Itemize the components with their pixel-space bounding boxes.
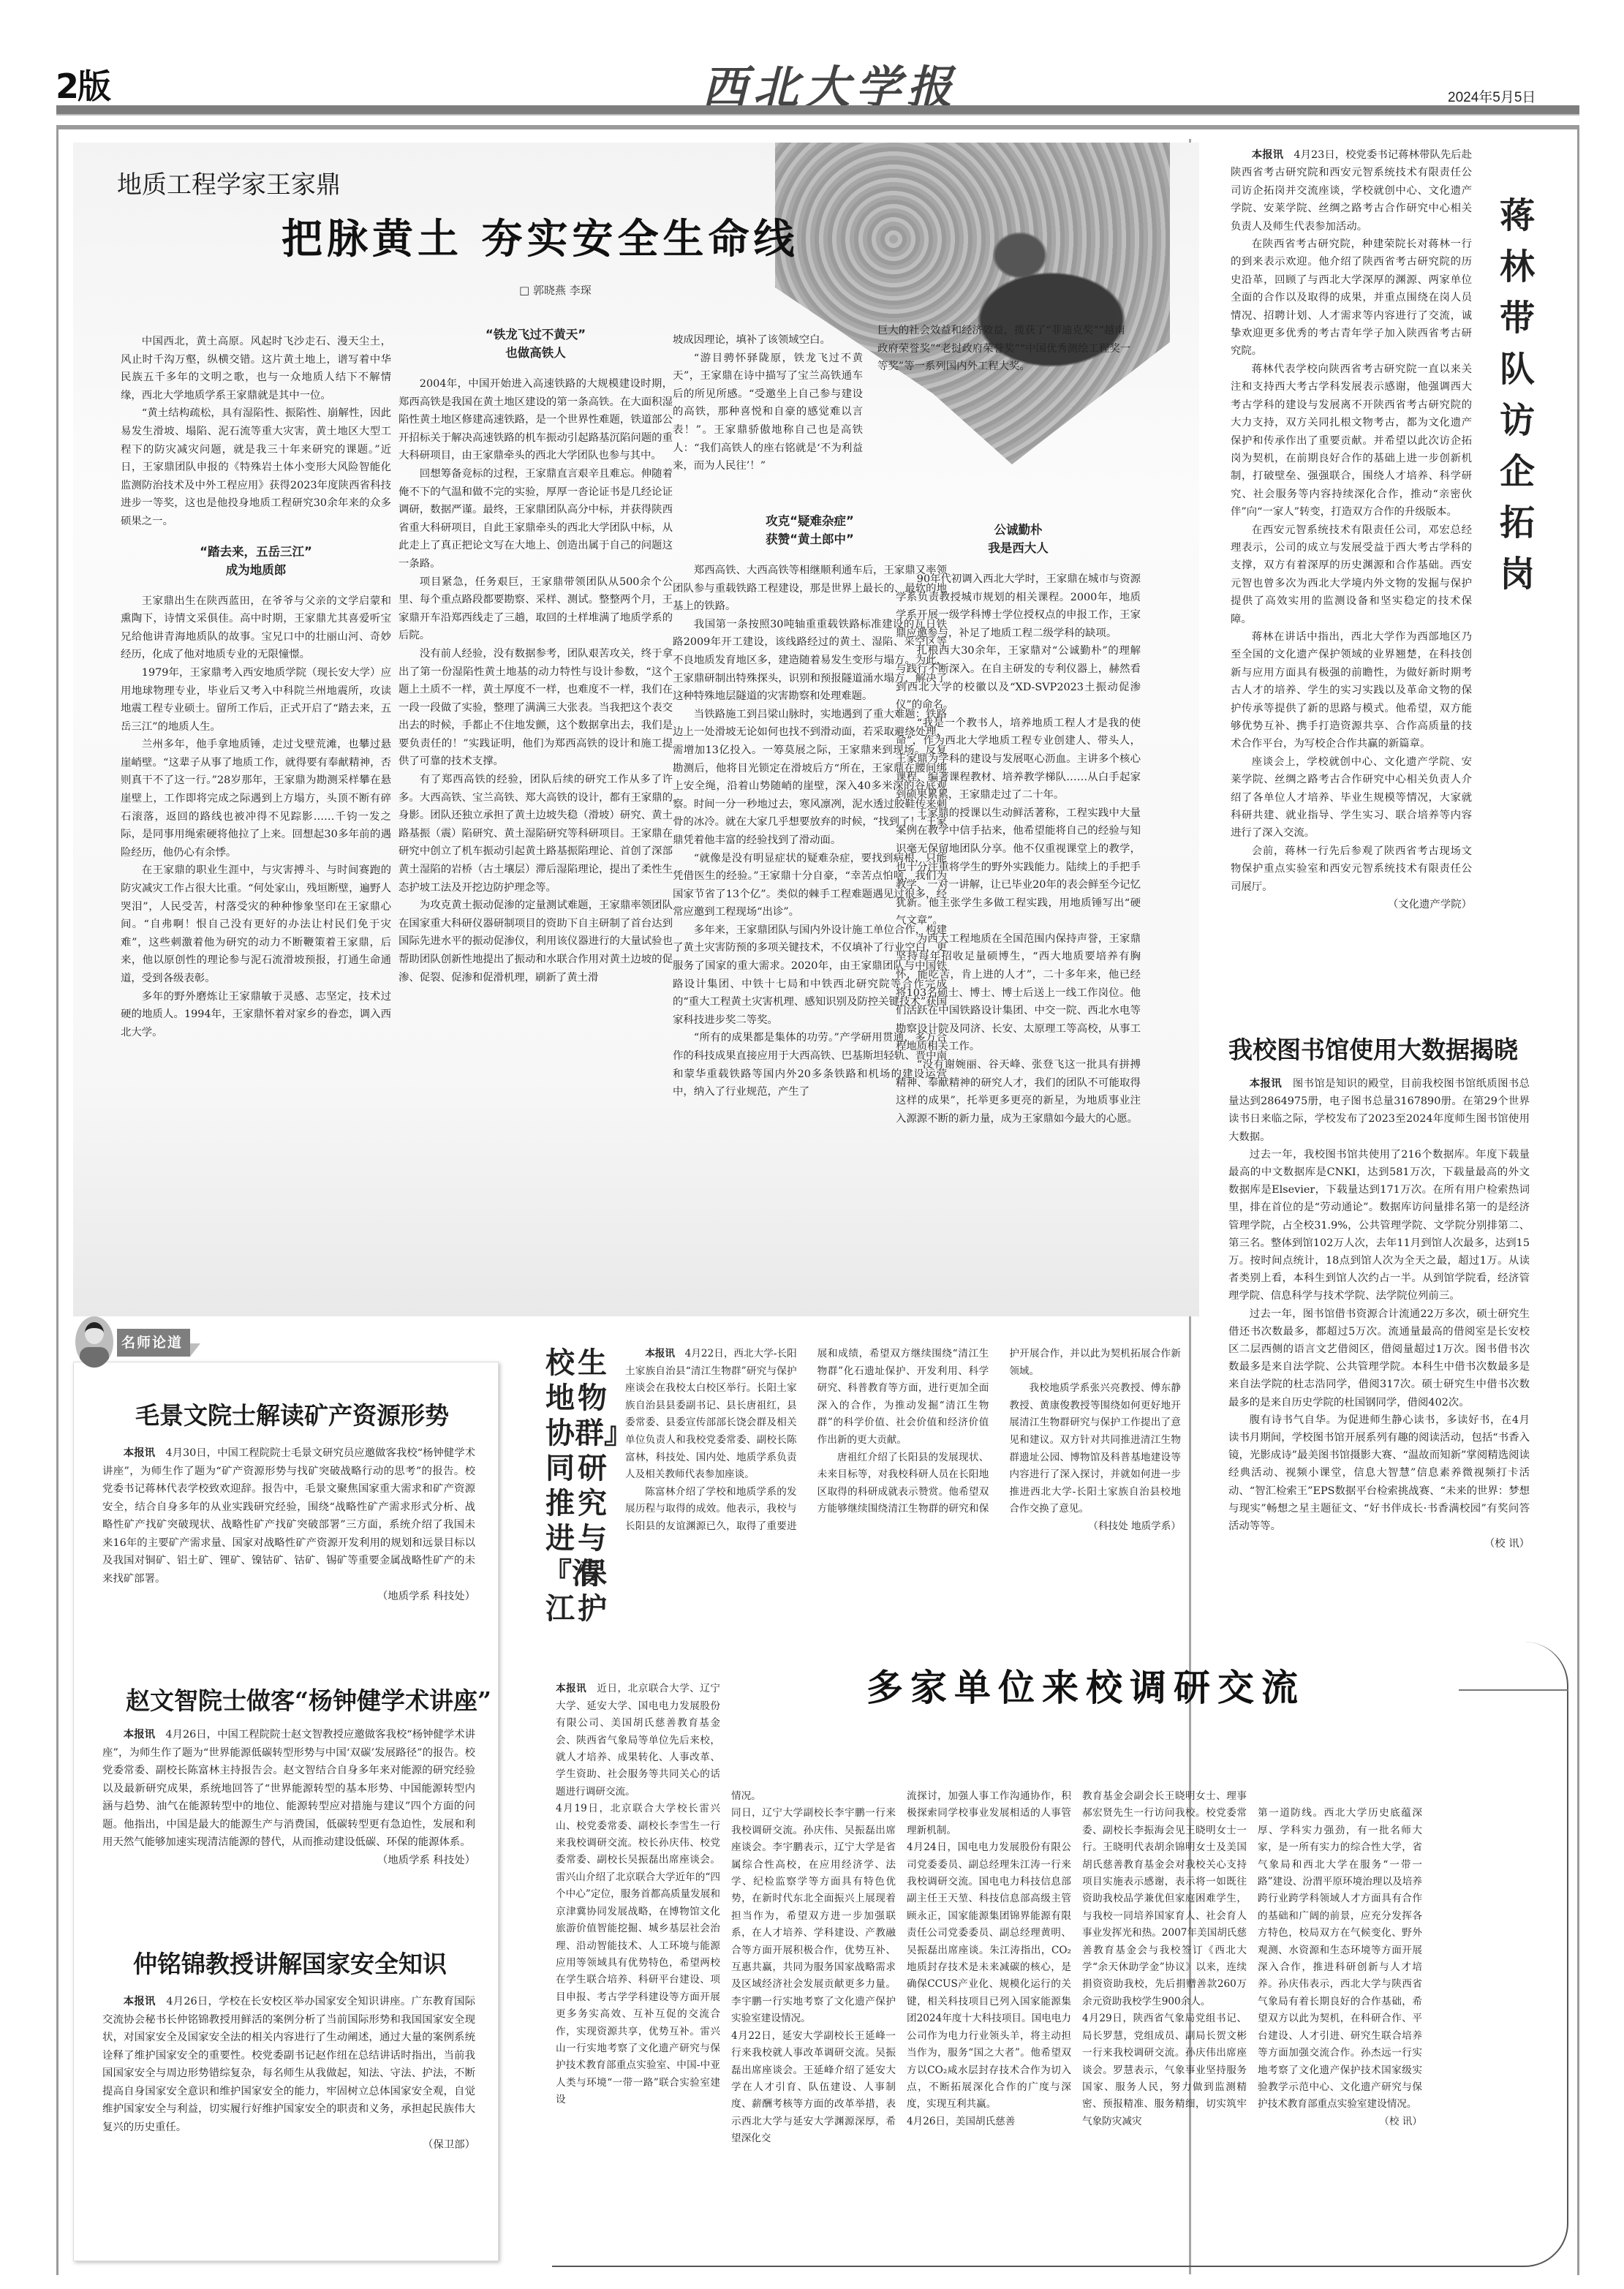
paragraph: 腹有诗书气自华。为促进师生静心读书，多读好书，在4月读书月期间，学校图书馆开展系… — [1228, 1411, 1530, 1535]
feature-column-4: 公诚勤朴 我是西大人 90年代初调入西北大学时，王家鼎在城市与资源学系负责教授城… — [896, 521, 1141, 1128]
header-rule — [56, 105, 1579, 114]
paragraph: “我是一个教书人，培养地质工程人才是我的使命”，作为西北大学地质工程专业创建人、… — [896, 714, 1141, 804]
paragraph: 有了郑西高铁的经验，团队后续的研究工作从多了许多。大西高铁、宝兰高铁、郑大高铁的… — [399, 771, 673, 897]
section-tag: 名师论道 — [117, 1329, 190, 1357]
article-body: 本报讯 4月26日，学校在长安校区举办国家安全知识讲座。广东教育国际交流协会秘书… — [102, 1993, 475, 2154]
lead-label: 本报讯 — [556, 1683, 586, 1694]
subheading: “铁龙飞过不黄天” 也做高铁人 — [399, 325, 673, 362]
frame-right-border — [1577, 125, 1579, 2275]
article-headline: 毛景文院士解读矿产资源形势 — [135, 1397, 449, 1431]
article-source: （文化遗产学院） — [1231, 896, 1472, 913]
lead-label: 本报讯 — [124, 1447, 155, 1459]
article-source: （校 讯） — [1379, 2113, 1422, 2130]
paragraph: 我校地质学系张兴亮教授、傅东静教授、黄康俊教授等围绕如何更好地开展清江生物群研究… — [1009, 1380, 1181, 1518]
article-headline: 仲铭锦教授讲解国家安全知识 — [133, 1945, 447, 1980]
paragraph: 2004年，中国开始进入高速铁路的大规模建设时期，郑西高铁是我国在黄土地区建设的… — [399, 375, 673, 465]
paragraph: 本报讯 图书馆是知识的殿堂，目前我校图书馆纸质图书总量达到2864975册，电子… — [1228, 1075, 1530, 1146]
publication-date: 2024年5月5日 — [1448, 86, 1536, 106]
paragraph: 蒋林在讲话中指出，西北大学作为西部地区乃至全国的文化遗产保护领域的业界翘楚，在科… — [1231, 628, 1472, 753]
paragraph: “游目骋怀驿陇原，铁龙飞过不黄天”，王家鼎在诗中描写了宝兰高铁通车后的所见所感。… — [673, 350, 863, 475]
feature-headline: 把脉黄土 夯实安全生命线 — [282, 207, 799, 265]
headline-rule — [1459, 1689, 1568, 1691]
vertical-headline-line-1: 校地协同推进『清江 — [543, 1346, 578, 1626]
paragraph: 座谈会上，学校就创中心、文化遗产学院、安莱学院、丝绸之路考古合作研究中心相关负责… — [1231, 753, 1472, 842]
article-source: （校 讯） — [1228, 1535, 1530, 1553]
visits-column-5: 第一道防线。西北大学历史底蕴深厚、学科实力强劲，有一批名师大家，是一所有实力的综… — [1258, 1788, 1422, 2130]
frame-left-border — [56, 125, 58, 2275]
feature-kicker: 地质工程学家王家鼎 — [117, 165, 341, 200]
paragraph: 王家鼎的授课以生动鲜活著称，工程实践中大量案例在教学中信手拈来，他希望能将自己的… — [896, 804, 1141, 930]
paragraph: 为攻克黄土振动促渗的定量测试难题，王家鼎率领团队在国家重大科研仪器研制项目的资助… — [399, 897, 673, 987]
article-source: （科技处 地质学系） — [1009, 1518, 1181, 1536]
paragraph: 1979年，王家鼎考入西安地质学院（现长安大学）应用地球物理专业，毕业后又考入中… — [121, 664, 391, 736]
library-article-body: 本报讯 图书馆是知识的殿堂，目前我校图书馆纸质图书总量达到2864975册，电子… — [1228, 1075, 1530, 1553]
visits-column-1: 本报讯 近日，北京联合大学、辽宁大学、延安大学、国电电力发展股份有限公司、美国胡… — [556, 1664, 720, 2109]
paragraph: “没有谢婉丽、谷天峰、张登飞这一批具有拼搏精神、奉献精神的研究人才，我们的团队不… — [896, 1056, 1141, 1128]
photo-caption: 巨大的社会效益和经济效益，揽获了“菲迪克奖”“越南政府荣誉奖”“老挝政府荣誉奖”… — [877, 322, 1133, 376]
paragraph: 本报讯 4月30日，中国工程院院士毛景文研究员应邀做客我校“杨钟健学术讲座”，为… — [102, 1444, 475, 1588]
paragraph: 蒋林代表学校向陕西省考古研究院一直以来关注和支持西大考古学科发展表示感谢，他强调… — [1231, 361, 1472, 521]
paragraph: 90年代初调入西北大学时，王家鼎在城市与资源学系负责教授城市规划的相关课程。20… — [896, 570, 1141, 642]
header-rule-thin — [56, 114, 1579, 116]
lead-label: 本报讯 — [645, 1348, 675, 1360]
visits-column-4: 教育基金会副会长王晓明女士、理事郝宏贤先生一行访问我校。校党委常委、副校长李振海… — [1082, 1788, 1247, 2130]
paragraph: 在王家鼎的职业生涯中，与灾害搏斗、与时间赛跑的防灾减灾工作占很大比重。“何处家山… — [121, 861, 391, 987]
tag-fold-decoration — [190, 1343, 200, 1357]
feature-column-3: 坡成因理论，填补了该领域空白。 “游目骋怀驿陇原，铁龙飞过不黄天”，王家鼎在诗中… — [673, 331, 863, 475]
visits-column-3: 流探讨，加强人事工作沟通协作，积极探索同学校事业发展相适的人事管理新机制。 4月… — [907, 1788, 1071, 2130]
paragraph: 在西安元智系统技术有限责任公司，邓宏总经理表示，公司的成立与发展受益于西大考古学… — [1231, 521, 1472, 628]
paragraph: 本报讯 4月23日，校党委书记蒋林带队先后赴陕西省考古研究院和西安元智系统技术有… — [1231, 146, 1472, 235]
paragraph: 扎根西大30余年，王家鼎对“公诚勤朴”的理解与践行不断深入。在自主研发的专利仪器… — [896, 642, 1141, 714]
library-headline: 我校图书馆使用大数据揭晓 — [1228, 1031, 1518, 1066]
paragraph: 项目紧急，任务艰巨，王家鼎带领团队从500余个公里、每个重点路段都要勘察、采样、… — [399, 573, 673, 645]
feature-column-1: 中国西北，黄土高原。风起时飞沙走石、漫天尘土，风止时千沟万壑，纵横交错。这片黄土… — [121, 333, 391, 1041]
visit-article-body: 本报讯 4月23日，校党委书记蒋林带队先后赴陕西省考古研究院和西安元智系统技术有… — [1231, 146, 1472, 913]
paragraph: 在陕西省考古研究院，种建荣院长对蒋林一行的到来表示欢迎。他介绍了陕西省考古研究院… — [1231, 235, 1472, 361]
article-source: （地质学系 科技处） — [102, 1588, 475, 1606]
article-body: 本报讯 4月30日，中国工程院院士毛景文研究员应邀做客我校“杨钟健学术讲座”，为… — [102, 1444, 475, 1606]
paragraph: 王家鼎出生在陕西蓝田，在爷爷与父亲的文学启蒙和熏陶下，诗情文采俱佳。高中时期，王… — [121, 592, 391, 664]
frame-top-border — [56, 125, 1579, 129]
paragraph: 多年的野外磨炼让王家鼎敏于灵感、志坚定，技术过硬的地质人。1994年，王家鼎怀着… — [121, 988, 391, 1042]
paragraph: 过去一年，我校图书馆共使用了216个数据库。年度下载量最高的中文数据库是CNKI… — [1228, 1146, 1530, 1305]
lead-label: 本报讯 — [124, 1729, 155, 1741]
paragraph: 回想筹备竞标的过程，王家鼎直言艰辛且难忘。伸随着俺不下的气温和做不完的实验，厚厚… — [399, 465, 673, 573]
feature-column-2: “铁龙飞过不黄天” 也做高铁人 2004年，中国开始进入高速铁路的大规模建设时期… — [399, 325, 673, 987]
article-body: 本报讯 4月26日，中国工程院院士赵文智教授应邀做客我校“杨钟健学术讲座”，为师… — [102, 1726, 475, 1869]
paragraph: “黄土结构疏松，具有湿陷性、振陷性、崩解性，因此易发生滑坡、塌陷、泥石流等重大灾… — [121, 404, 391, 530]
paragraph: 为西大工程地质在全国范围内保持声誉，王家鼎坚持每年招收足量硕博生，“西大地质要培… — [896, 930, 1141, 1056]
subheading: “踏去来，五岳三江” 成为地质郎 — [121, 543, 391, 579]
paragraph: 本报讯 4月26日，学校在长安校区举办国家安全知识讲座。广东教育国际交流协会秘书… — [102, 1993, 475, 2136]
paragraph: 没有前人经验，没有数据参考，团队艰苦攻关，终于拿出了第一份湿陷性黄土地基的动力特… — [399, 645, 673, 771]
visits-headline: 多家单位来校调研交流 — [866, 1659, 1305, 1711]
lead-label: 本报讯 — [1252, 149, 1283, 161]
paragraph: 会前，蒋林一行先后参观了陕西省考古现场文物保护重点实验室和西安元智系统技术有限责… — [1231, 842, 1472, 896]
paragraph: 坡成因理论，填补了该领域空白。 — [673, 331, 863, 350]
feature-byline: □ 郭晓燕 李琛 — [519, 282, 592, 298]
subheading: 公诚勤朴 我是西大人 — [896, 521, 1141, 557]
avatar-icon — [75, 1316, 113, 1368]
lead-label: 本报讯 — [1250, 1078, 1282, 1090]
lead-label: 本报讯 — [124, 1996, 156, 2007]
article-source: （地质学系 科技处） — [102, 1852, 475, 1870]
visits-column-2: 情况。 同日，辽宁大学副校长李宇鹏一行来我校调研交流。孙庆伟、吴振磊出席座谈会。… — [731, 1788, 896, 2148]
paragraph: 过去一年，图书馆借书资源合计流通22万多次，硕士研究生借还书次数最多，都超过5万… — [1228, 1305, 1530, 1411]
vertical-headline-line-2: 生物群』研究与保护 — [575, 1346, 610, 1626]
page-number: 2版 — [56, 60, 110, 108]
qingjiang-article-body: 本报讯 4月22日，西北大学-长阳土家族自治县“清江生物群”研究与保护座谈会在我… — [625, 1346, 1181, 1536]
paragraph: 兰州多年，他手拿地质锤，走过戈壁荒滩，也攀过悬崖峭壁。“这辈子从事了地质工作，就… — [121, 736, 391, 861]
vertical-headline: 蒋林带队访企拓岗 — [1492, 190, 1543, 600]
article-headline: 赵文智院士做客“杨钟健学术讲座” — [126, 1682, 491, 1716]
article-source: （保卫部） — [102, 2136, 475, 2154]
paragraph: 本报讯 4月22日，西北大学-长阳土家族自治县“清江生物群”研究与保护座谈会在我… — [625, 1346, 797, 1484]
paragraph: 本报讯 4月26日，中国工程院院士赵文智教授应邀做客我校“杨钟健学术讲座”，为师… — [102, 1726, 475, 1852]
paragraph: 中国西北，黄土高原。风起时飞沙走石、漫天尘土，风止时千沟万壑，纵横交错。这片黄土… — [121, 333, 391, 404]
